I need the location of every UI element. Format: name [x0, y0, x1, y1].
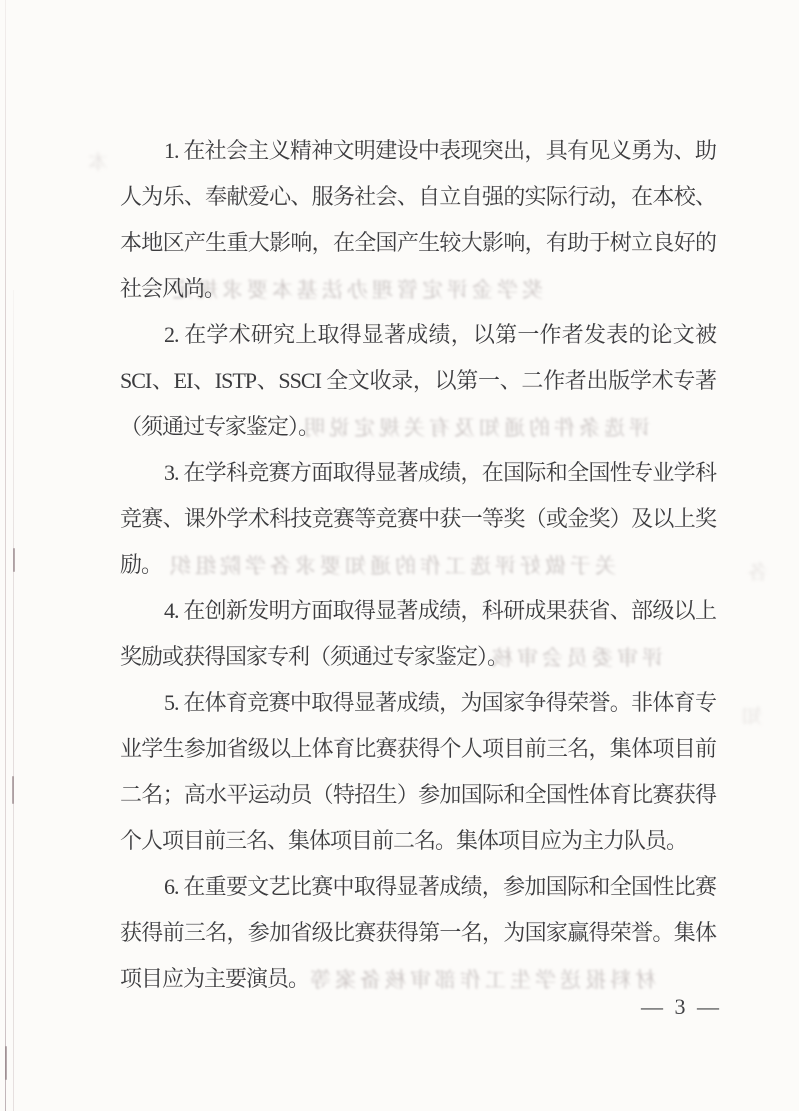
paragraph-2: 2. 在学术研究上取得显著成绩，以第一作者发表的论文被 SCI、EI、ISTP、… [120, 312, 716, 450]
paragraph-1: 1. 在社会主义精神文明建设中表现突出，具有见义勇为、助人为乐、奉献爱心、服务社… [120, 128, 716, 312]
paragraph-5: 5. 在体育竞赛中取得显著成绩，为国家争得荣誉。非体育专业学生参加省级以上体育比… [120, 680, 716, 864]
paper-edge-smudge [12, 776, 14, 804]
paper-edge-smudge [13, 548, 15, 572]
paper-edge-smudge [5, 1046, 7, 1080]
paragraph-4: 4. 在创新发明方面取得显著成绩，科研成果获省、部级以上奖励或获得国家专利（须通… [120, 588, 716, 680]
paper-edge-line-inner [13, 290, 14, 1111]
scanned-document-page: 奖学金评定管理办法基本要求规定 评选条件的通知及有关规定说明 关于做好评选工作的… [0, 0, 799, 1111]
bleedthrough-smudge: 知 [742, 700, 762, 729]
bleedthrough-smudge: 本 [88, 146, 108, 175]
document-body: 1. 在社会主义精神文明建设中表现突出，具有见义勇为、助人为乐、奉献爱心、服务社… [120, 128, 716, 1002]
paper-edge-line-outer [5, 0, 6, 1111]
bleedthrough-smudge: 各 [748, 556, 768, 585]
page-number: — 3 — [641, 994, 722, 1020]
paragraph-6: 6. 在重要文艺比赛中取得显著成绩，参加国际和全国性比赛获得前三名，参加省级比赛… [120, 864, 716, 1002]
paragraph-3: 3. 在学科竞赛方面取得显著成绩，在国际和全国性专业学科竞赛、课外学术科技竞赛等… [120, 450, 716, 588]
